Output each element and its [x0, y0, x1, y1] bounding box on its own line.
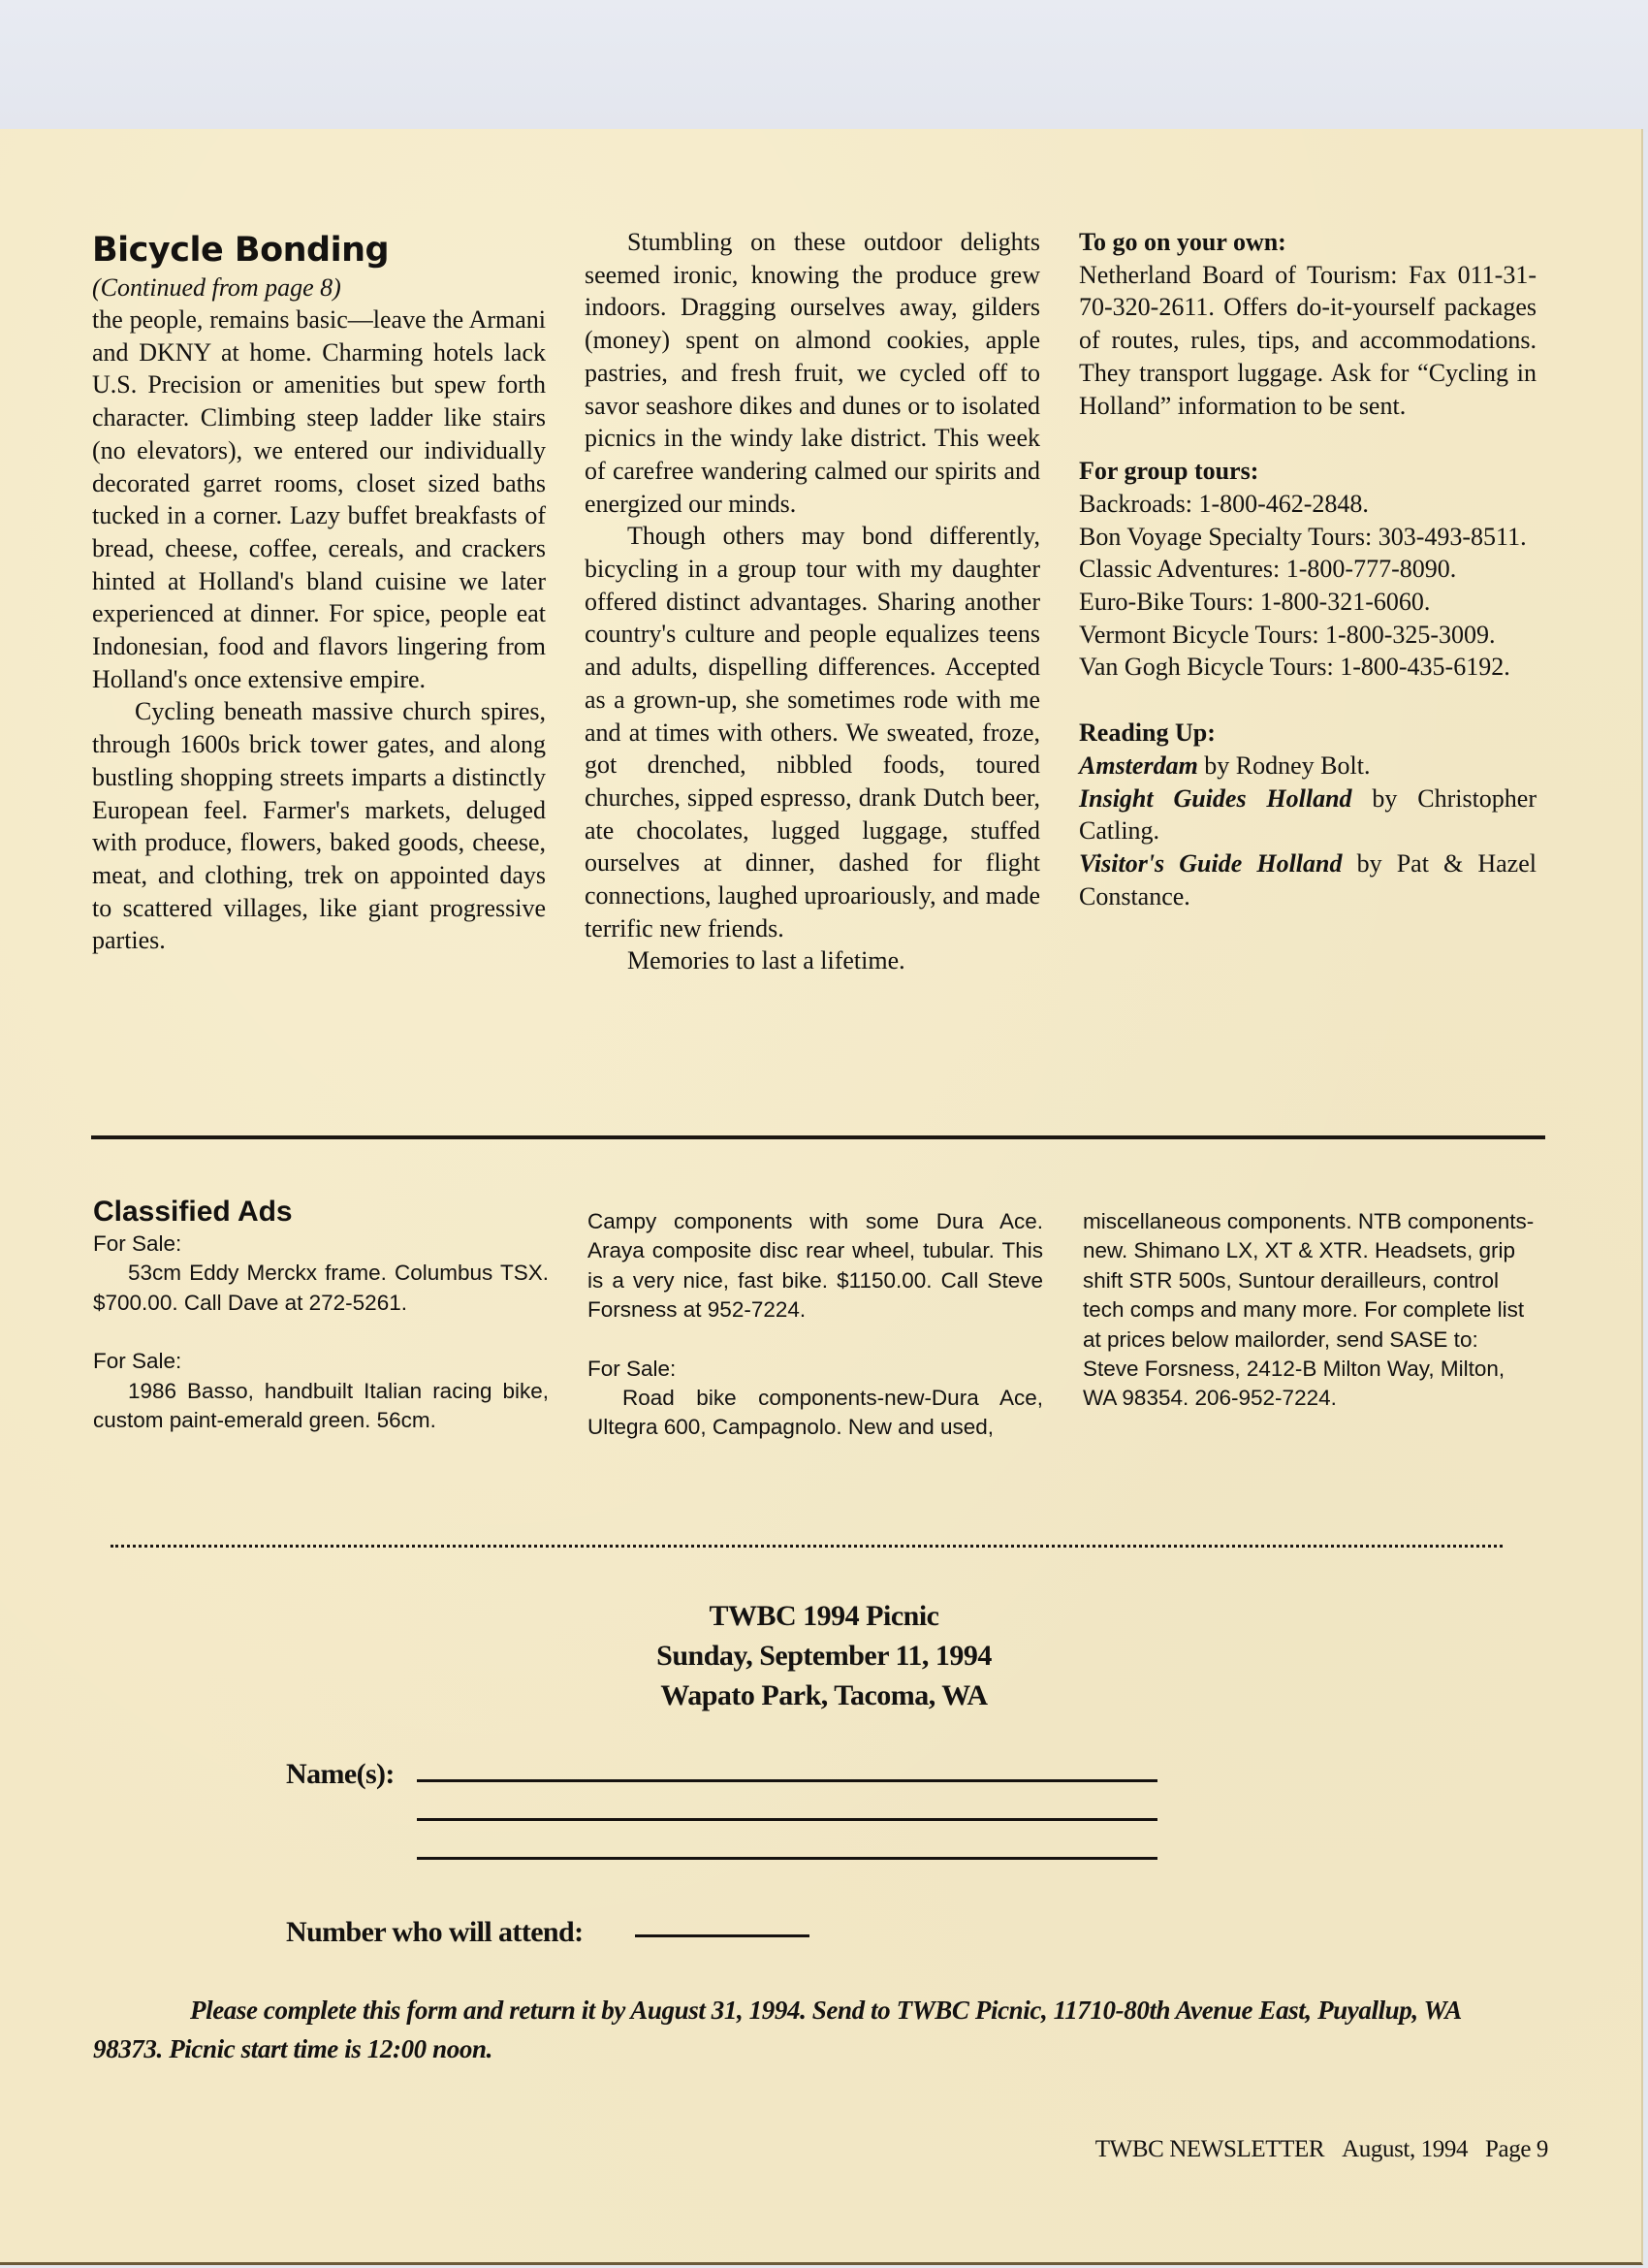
classifieds-column-3: miscellaneous components. NTB compo­nent… — [1083, 1207, 1538, 1414]
names-label: Name(s): — [286, 1757, 395, 1792]
name-field-2[interactable] — [417, 1818, 1157, 1821]
footer-page-number: Page 9 — [1485, 2136, 1548, 2162]
picnic-title: TWBC 1994 Picnic — [0, 1596, 1648, 1636]
group-item: Classic Adventures: 1-800-777-8090. — [1079, 553, 1537, 586]
picnic-location: Wapato Park, Tacoma, WA — [0, 1676, 1648, 1715]
ad-text: 1986 Basso, handbuilt Italian racing bik… — [93, 1377, 549, 1436]
article-title: Bicycle Bonding — [92, 229, 546, 272]
group-item: Euro-Bike Tours: 1-800-321-6060. — [1079, 586, 1537, 619]
reading-heading: Reading Up: — [1079, 717, 1537, 750]
reading-item: Visitor's Guide Holland by Pat & Ha­zel … — [1079, 847, 1537, 912]
ad-label: For Sale: — [587, 1355, 1043, 1384]
classifieds-column-1: Classified Ads For Sale: 53cm Eddy Merck… — [93, 1195, 549, 1435]
footer-date: August, 1994 — [1342, 2136, 1468, 2162]
article-paragraph: Cycling beneath massive church spires, t… — [92, 695, 546, 957]
article-closing: Memories to last a lifetime. — [585, 944, 1040, 977]
picnic-instructions: Please complete this form and return it … — [93, 1991, 1508, 2068]
classifieds-title: Classified Ads — [93, 1195, 549, 1230]
attend-label: Number who will attend: — [286, 1915, 584, 1950]
ad-text: Road bike components-new-Dura Ace, Ulteg… — [587, 1384, 1043, 1443]
own-heading: To go on your own: — [1079, 226, 1537, 259]
picnic-date: Sunday, September 11, 1994 — [0, 1636, 1648, 1676]
attend-count-field[interactable] — [635, 1934, 809, 1937]
article-paragraph: the people, remains basic—leave the Arma… — [92, 303, 546, 695]
scanner-background — [0, 0, 1648, 132]
resources-sidebar: To go on your own: Netherland Board of T… — [1079, 226, 1537, 912]
article-paragraph: Stumbling on these outdoor de­lights see… — [585, 226, 1040, 520]
classifieds-column-2: Campy components with some Dura Ace. Ara… — [587, 1207, 1043, 1443]
own-text: Netherland Board of Tourism: Fax 011-31-… — [1079, 259, 1537, 423]
ad-text: miscellaneous components. NTB compo­nent… — [1083, 1207, 1538, 1414]
ad-label: For Sale: — [93, 1347, 549, 1376]
article-column-1: Bicycle Bonding (Continued from page 8) … — [92, 229, 546, 957]
group-item: Van Gogh Bicycle Tours: 1-800-435-6192. — [1079, 651, 1537, 684]
group-item: Bon Voyage Specialty Tours: 303-493-8511… — [1079, 521, 1537, 554]
group-item: Vermont Bicycle Tours: 1-800-325-3009. — [1079, 619, 1537, 652]
reading-item: Amsterdam by Rodney Bolt. — [1079, 750, 1537, 783]
section-divider — [91, 1135, 1545, 1139]
cut-line — [111, 1545, 1503, 1548]
group-heading: For group tours: — [1079, 455, 1537, 488]
footer-publication: TWBC NEWSLETTER — [1095, 2136, 1324, 2162]
ad-label: For Sale: — [93, 1230, 549, 1259]
page-footer: TWBC NEWSLETTERAugust, 1994Page 9 — [1078, 2136, 1548, 2163]
article-paragraph: Though others may bond differ­ently, bic… — [585, 520, 1040, 944]
ad-text: 53cm Eddy Merckx frame. Columbus TSX. $7… — [93, 1259, 549, 1318]
reading-item: Insight Guides Holland by Christo­pher C… — [1079, 783, 1537, 847]
name-field-1[interactable] — [417, 1779, 1157, 1782]
group-item: Backroads: 1-800-462-2848. — [1079, 488, 1537, 521]
continued-note: (Continued from page 8) — [92, 272, 546, 303]
article-column-2: Stumbling on these outdoor de­lights see… — [585, 226, 1040, 977]
name-field-3[interactable] — [417, 1857, 1157, 1860]
ad-text: Campy components with some Dura Ace. Ara… — [587, 1207, 1043, 1326]
